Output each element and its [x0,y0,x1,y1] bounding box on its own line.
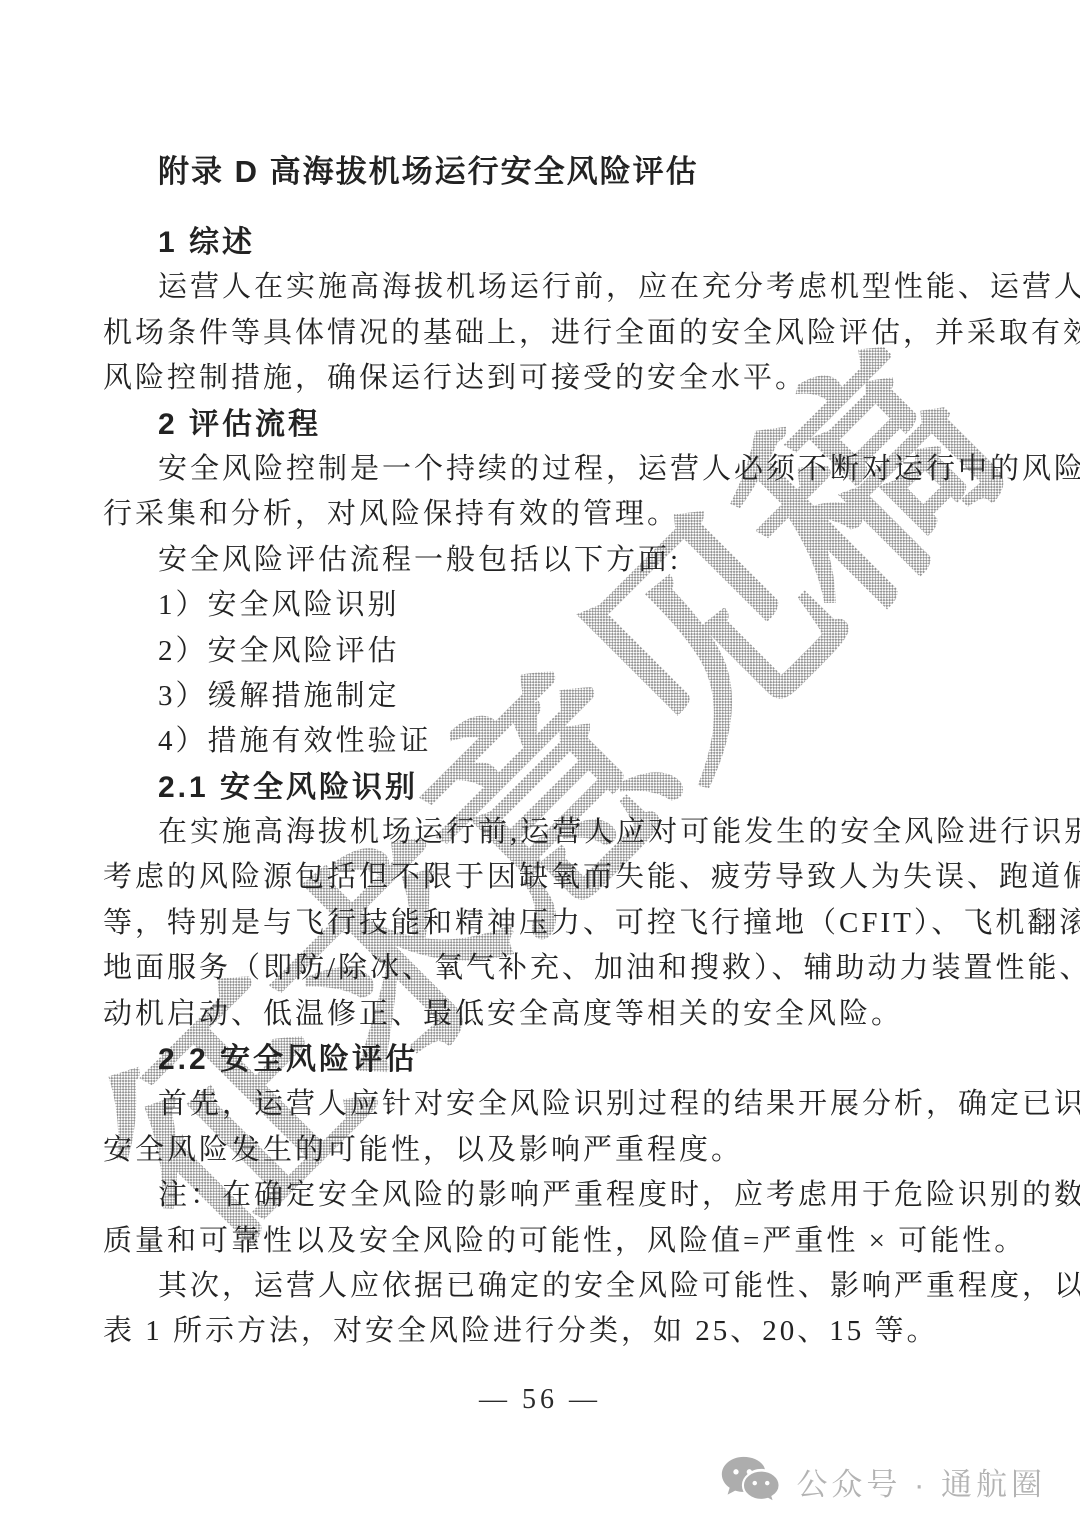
section-heading-risk-assessment: 2.2 安全风险评估 [103,1037,981,1082]
page-title: 附录 D 高海拔机场运行安全风险评估 [158,155,699,189]
paragraph-line: 等，特别是与飞行技能和精神压力、可控飞行撞地（CFIT）、飞机翻滚、 [103,901,981,946]
paragraph-line: 运营人在实施高海拔机场运行前，应在充分考虑机型性能、运营人员、 [103,265,981,310]
paragraph-line: 表 1 所示方法，对安全风险进行分类，如 25、20、15 等。 [103,1309,981,1354]
list-item: 4）措施有效性验证 [103,719,981,764]
wechat-icon [720,1456,782,1506]
note-line: 质量和可靠性以及安全风险的可能性，风险值=严重性 × 可能性。 [103,1219,981,1264]
paragraph-line: 首先，运营人应针对安全风险识别过程的结果开展分析，确定已识别 [103,1082,981,1127]
section-heading-process: 2 评估流程 [103,402,981,447]
section-heading-risk-identification: 2.1 安全风险识别 [103,765,981,810]
paragraph-line: 动机启动、低温修正、最低安全高度等相关的安全风险。 [103,992,981,1037]
document-body: 1 综述 运营人在实施高海拔机场运行前，应在充分考虑机型性能、运营人员、 机场条… [103,220,981,1355]
paragraph-line: 地面服务（即防/除冰、氧气补充、加油和搜救）、辅助动力装置性能、发 [103,946,981,991]
paragraph-line: 其次，运营人应依据已确定的安全风险可能性、影响严重程度，以下 [103,1264,981,1309]
document-page: 征求意见稿 附录 D 高海拔机场运行安全风险评估 1 综述 运营人在实施高海拔机… [0,0,1080,1527]
footer: 公众号 · 通航圈 [720,1456,1046,1506]
page-number: — 56 — [0,1384,1080,1416]
paragraph-line: 安全风险发生的可能性，以及影响严重程度。 [103,1128,981,1173]
paragraph-line: 风险控制措施，确保运行达到可接受的安全水平。 [103,356,981,401]
paragraph-line: 在实施高海拔机场运行前,运营人应对可能发生的安全风险进行识别。 [103,810,981,855]
paragraph-line: 行采集和分析，对风险保持有效的管理。 [103,492,981,537]
paragraph-line: 安全风险评估流程一般包括以下方面: [103,538,981,583]
list-item: 2）安全风险评估 [103,629,981,674]
list-item: 3）缓解措施制定 [103,674,981,719]
paragraph-line: 机场条件等具体情况的基础上，进行全面的安全风险评估，并采取有效的 [103,311,981,356]
section-heading-overview: 1 综述 [103,220,981,265]
paragraph-line: 考虑的风险源包括但不限于因缺氧而失能、疲劳导致人为失误、跑道偏离 [103,855,981,900]
paragraph-line: 安全风险控制是一个持续的过程，运营人必须不断对运行中的风险进 [103,447,981,492]
note-line: 注：在确定安全风险的影响严重程度时，应考虑用于危险识别的数据 [103,1173,981,1218]
footer-label: 公众号 · 通航圈 [796,1459,1046,1504]
list-item: 1）安全风险识别 [103,583,981,628]
